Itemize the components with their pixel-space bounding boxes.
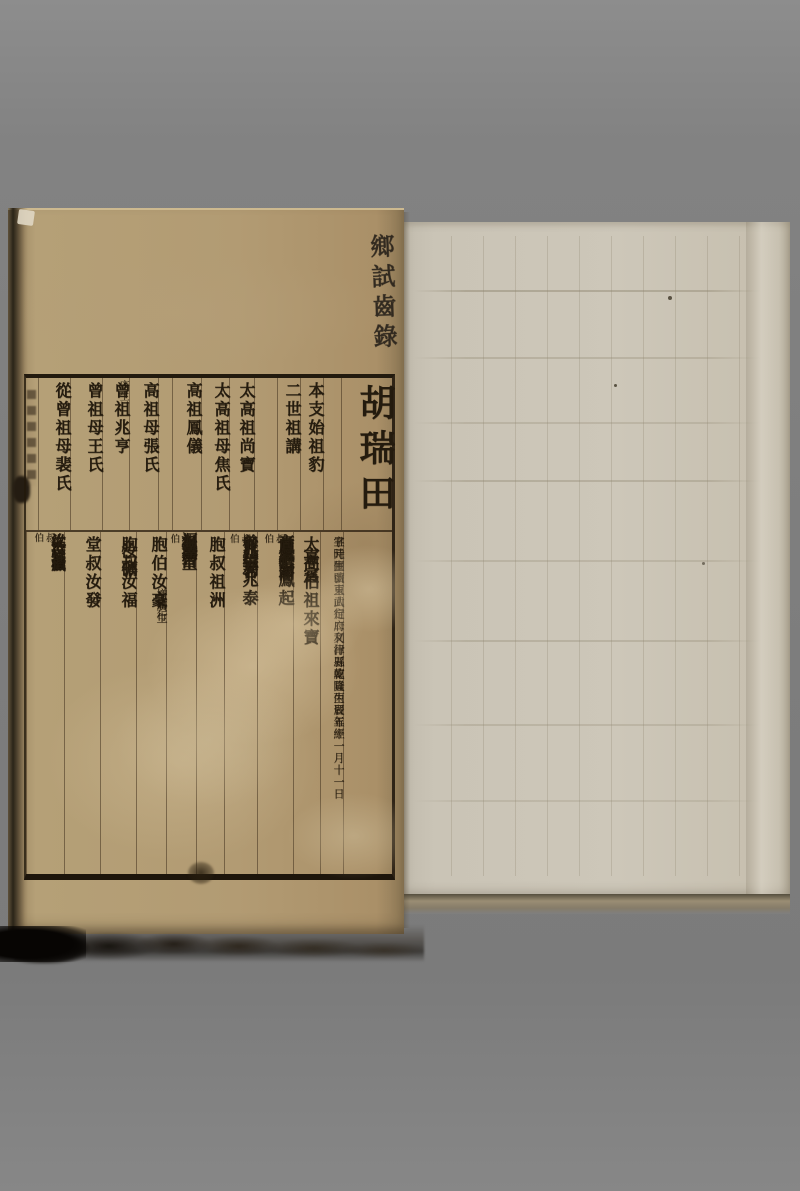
ruled-lines <box>420 236 756 876</box>
column-text: 高祖母張氏 <box>142 382 159 475</box>
ancestor-band-lower: 字元圃號玉山行二又行五乾隆丙辰年十一月十一日丑時生山東武定府利津縣廩貢生習五經太… <box>26 532 392 874</box>
ancestor-column: 堂伯叔高祖鳳起鳳彩鳳閣鳳鳴 <box>257 532 294 874</box>
ancestor-column: 本支始祖豹 <box>300 378 324 530</box>
paper-crease <box>414 357 760 359</box>
fold-edge <box>746 222 790 898</box>
ancestor-column <box>343 532 393 874</box>
corner-blot <box>0 926 86 962</box>
ancestor-column: 曾祖兆亨庠生 <box>102 378 130 530</box>
paper-crease <box>414 640 760 642</box>
paper-crease <box>414 560 760 562</box>
ancestor-column: 太高伯祖來寶嘉賓 <box>293 532 319 874</box>
column-text: 高祖鳳儀 <box>185 382 202 456</box>
paper-crease <box>414 800 760 802</box>
paper-crease <box>414 422 760 424</box>
ink-speck <box>668 296 672 300</box>
column-text: 曾祖母王氏 <box>86 382 103 475</box>
ancestor-column: 太高祖尚寶 <box>229 378 255 530</box>
ancestor-column: 從堂伯叔曾祖兆泰兆吉兆利兆安 <box>224 532 258 874</box>
right-page <box>404 222 790 898</box>
ancestor-column: 曾祖母王氏 <box>70 378 103 530</box>
column-text: 二世祖講 <box>284 382 301 456</box>
paper-crease <box>414 480 760 482</box>
ancestor-column: 堂叔汝發 <box>64 532 101 874</box>
ancestor-column: 從堂伯叔祖洧洪溱庠生洞渤澤 <box>166 532 197 874</box>
column-text: 鳳鳴 <box>277 538 294 575</box>
ancestor-column: 高祖鳳儀 <box>172 378 202 530</box>
column-text: 嘉賓 <box>302 548 319 585</box>
ancestor-column: 從堂伯叔汝弼汝咸汝檢汝模汝式汝楷 <box>26 532 65 874</box>
paper-crease <box>414 724 760 726</box>
ancestor-column: 胞叔祖洲 <box>196 532 225 874</box>
handwritten-title: 鄉試齒錄 <box>344 233 403 377</box>
column-text: 本支始祖豹 <box>307 382 324 475</box>
ancestor-column <box>254 378 278 530</box>
scan-background: 鄉試齒錄 胡瑞田本支始祖豹二世祖講太高祖尚寶太高祖母焦氏高祖鳳儀高祖母張氏曾祖兆… <box>0 0 800 1191</box>
ancestor-column <box>158 378 173 530</box>
column-text: 篤行 <box>155 598 167 622</box>
column-text: 從曾祖母裴氏 <box>54 382 71 493</box>
paper-crease <box>414 290 760 292</box>
column-text: 太高祖尚寶 <box>238 382 255 475</box>
ancestor-column: 太高祖母焦氏 <box>201 378 230 530</box>
column-text: 汝礪 <box>120 542 137 579</box>
ancestor-column: 從曾祖母裴氏 <box>38 378 71 530</box>
paper-chip <box>17 209 35 226</box>
main-name-column: 胡瑞田 <box>341 378 393 530</box>
ink-speck <box>614 384 617 387</box>
genealogy-table: 胡瑞田本支始祖豹二世祖講太高祖尚寶太高祖母焦氏高祖鳳儀高祖母張氏曾祖兆亨庠生曾祖… <box>24 374 395 880</box>
ancestor-column: 胞伯汝豪增廣生篤行 <box>136 532 167 874</box>
column-text: 胞叔祖洲 <box>208 536 225 610</box>
ancestor-column: 高祖母張氏 <box>129 378 159 530</box>
column-text: 太高祖母焦氏 <box>213 382 230 493</box>
ink-speck <box>702 562 705 565</box>
column-text: 庠生 <box>115 380 130 402</box>
ink-smudge <box>188 862 214 884</box>
main-name: 胡瑞田 <box>357 384 393 519</box>
column-text: 堂叔汝發 <box>84 536 101 610</box>
under-pages-strip <box>404 894 790 914</box>
column-text: 澤 <box>180 542 197 561</box>
bio-column: 字元圃號玉山行二又行五乾隆丙辰年十一月十一日丑時生山東武定府利津縣廩貢生習五經 <box>320 532 344 874</box>
column-text: 兆安 <box>241 540 258 577</box>
ancestor-column <box>323 378 342 530</box>
ancestor-column: 二世祖講 <box>277 378 301 530</box>
column-text: 汝楷 <box>49 540 65 571</box>
ancestor-band-upper: 胡瑞田本支始祖豹二世祖講太高祖尚寶太高祖母焦氏高祖鳳儀高祖母張氏曾祖兆亨庠生曾祖… <box>26 378 392 532</box>
column-text: 丑時生山東武定府利津縣廩貢生習五經 <box>332 536 344 740</box>
ancestor-column: 胞叔汝福汝礪 <box>100 532 137 874</box>
